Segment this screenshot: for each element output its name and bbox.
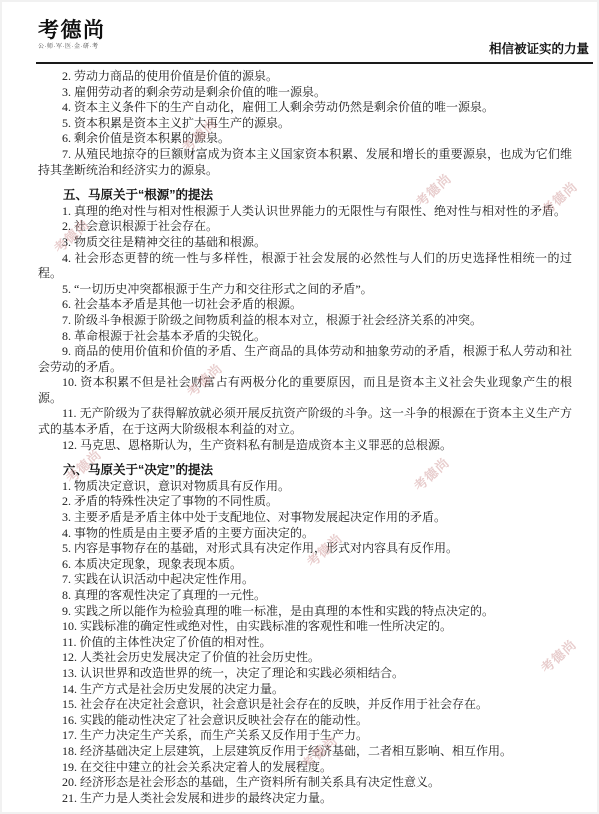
list-item: 1. 真理的绝对性与相对性根源于人类认识世界能力的无限性与有限性、绝对性与相对性… (38, 204, 572, 220)
list-item: 21. 生产力是人类社会发展和进步的最终决定力量。 (38, 791, 572, 807)
intro-list: 2. 劳动力商品的使用价值是价值的源泉。3. 雇佣劳动者的剩余劳动是剩余价值的唯… (38, 69, 572, 178)
list-item: 19. 在交往中建立的社会关系决定着人的发展程度。 (38, 760, 572, 776)
list-item: 6. 剩余价值是资本积累的源泉。 (38, 131, 572, 147)
list-item: 4. 事物的性质是由主要矛盾的主要方面决定的。 (38, 526, 572, 542)
section-list: 1. 物质决定意识，意识对物质具有反作用。2. 矛盾的特殊性决定了事物的不同性质… (38, 479, 572, 806)
list-item: 9. 商品的使用价值和价值的矛盾、生产商品的具体劳动和抽象劳动的矛盾，根源于私人… (38, 344, 572, 375)
list-item: 5. 资本积累是资本主义扩大再生产的源泉。 (38, 116, 572, 132)
list-item: 2. 劳动力商品的使用价值是价值的源泉。 (38, 69, 572, 85)
list-item: 2. 矛盾的特殊性决定了事物的不同性质。 (38, 494, 572, 510)
list-item: 11. 价值的主体性决定了价值的相对性。 (38, 635, 572, 651)
list-item: 6. 本质决定现象，现象表现本质。 (38, 557, 572, 573)
list-item: 14. 生产方式是社会历史发展的决定力量。 (38, 682, 572, 698)
list-item: 5. 内容是事物存在的基础，对形式具有决定作用，形式对内容具有反作用。 (38, 541, 572, 557)
list-item: 16. 实践的能动性决定了社会意识反映社会存在的能动性。 (38, 713, 572, 729)
list-item: 7. 从殖民地掠夺的巨额财富成为资本主义国家资本积累、发展和增长的重要源泉，也成… (38, 147, 572, 178)
list-item: 10. 实践标准的确定性或绝对性，由实践标准的客观性和唯一性所决定的。 (38, 619, 572, 635)
list-item: 3. 主要矛盾是矛盾主体中处于支配地位、对事物发展起决定作用的矛盾。 (38, 510, 572, 526)
page-header: 考德尚 公·师·军·医·金·研·考 相信被证实的力量 (0, 0, 599, 62)
brand-logo-text: 考德尚 (38, 20, 106, 42)
list-item: 18. 经济基础决定上层建筑，上层建筑反作用于经济基础，二者相互影响、相互作用。 (38, 744, 572, 760)
list-item: 3. 物质交往是精神交往的基础和根源。 (38, 235, 572, 251)
list-item: 3. 雇佣劳动者的剩余劳动是剩余价值的唯一源泉。 (38, 85, 572, 101)
list-item: 7. 实践在认识活动中起决定性作用。 (38, 572, 572, 588)
list-item: 15. 社会存在决定社会意识，社会意识是社会存在的反映，并反作用于社会存在。 (38, 697, 572, 713)
list-item: 5. “一切历史冲突都根源于生产力和交往形式之间的矛盾”。 (38, 282, 572, 298)
section-genyuan: 五、马原关于“根源”的提法 1. 真理的绝对性与相对性根源于人类认识世界能力的无… (38, 188, 572, 453)
section-list: 1. 真理的绝对性与相对性根源于人类认识世界能力的无限性与有限性、绝对性与相对性… (38, 204, 572, 454)
list-item: 2. 社会意识根源于社会存在。 (38, 219, 572, 235)
brand-logo-subtext: 公·师·军·医·金·研·考 (38, 44, 106, 51)
list-item: 9. 实践之所以能作为检验真理的唯一标准，是由真理的本性和实践的特点决定的。 (38, 604, 572, 620)
list-item: 17. 生产力决定生产关系，而生产关系又反作用于生产力。 (38, 728, 572, 744)
list-item: 20. 经济形态是社会形态的基础，生产资料所有制关系具有决定性意义。 (38, 775, 572, 791)
list-item: 8. 革命根源于社会基本矛盾的尖锐化。 (38, 329, 572, 345)
document-page: 考德尚 公·师·军·医·金·研·考 相信被证实的力量 2. 劳动力商品的使用价值… (0, 0, 599, 814)
list-item: 7. 阶级斗争根源于阶级之间物质利益的根本对立，根源于社会经济关系的冲突。 (38, 313, 572, 329)
list-item: 6. 社会基本矛盾是其他一切社会矛盾的根源。 (38, 297, 572, 313)
list-item: 10. 资本积累不但是社会财富占有两极分化的重要原因，而且是资本主义社会失业现象… (38, 375, 572, 406)
list-item: 1. 物质决定意识，意识对物质具有反作用。 (38, 479, 572, 495)
list-item: 8. 真理的客观性决定了真理的一元性。 (38, 588, 572, 604)
list-item: 13. 认识世界和改造世界的统一，决定了理论和实践必须相结合。 (38, 666, 572, 682)
list-item: 12. 马克思、恩格斯认为，生产资料私有制是造成资本主义罪恶的总根源。 (38, 438, 572, 454)
list-item: 4. 资本主义条件下的生产自动化，雇佣工人剩余劳动仍然是剩余价值的唯一源泉。 (38, 100, 572, 116)
brand-logo: 考德尚 公·师·军·医·金·研·考 (38, 20, 106, 51)
brand-slogan: 相信被证实的力量 (489, 39, 589, 57)
section-title: 五、马原关于“根源”的提法 (38, 188, 572, 204)
list-item: 12. 人类社会历史发展决定了价值的社会历史性。 (38, 650, 572, 666)
section-jueding: 六、马原关于“决定”的提法 1. 物质决定意识，意识对物质具有反作用。2. 矛盾… (38, 463, 572, 806)
document-body: 2. 劳动力商品的使用价值是价值的源泉。3. 雇佣劳动者的剩余劳动是剩余价值的唯… (0, 64, 599, 806)
list-item: 4. 社会形态更替的统一性与多样性，根源于社会发展的必然性与人们的历史选择性相统… (38, 251, 572, 282)
list-item: 11. 无产阶级为了获得解放就必须开展反抗资产阶级的斗争。这一斗争的根源在于资本… (38, 406, 572, 437)
section-title: 六、马原关于“决定”的提法 (38, 463, 572, 479)
